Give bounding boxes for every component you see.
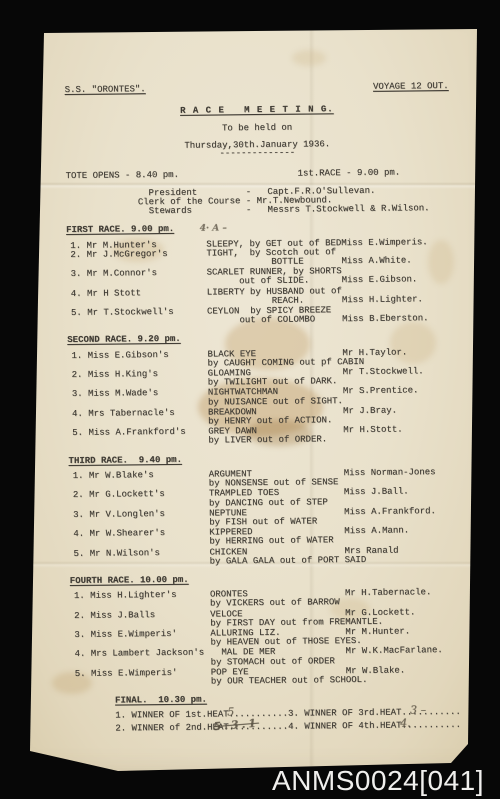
document-content: S.S. "ORONTES". VOYAGE 12 OUT. R A C E M… [65, 82, 456, 737]
race-section-4: FOURTH RACE. 10.00 pm. 1. Miss H.Lighter… [70, 573, 455, 688]
race-heading: FIRST RACE. 9.00 pm. 4· A – [66, 222, 450, 235]
entry-jockey: Mr M.Hunter. [345, 627, 410, 637]
entry-owner: 2. Miss H.King's [72, 370, 159, 380]
entry-jockey: Mr S.Prentice. [343, 387, 419, 397]
race-heading-text: FIRST RACE. 9.00 pm. [66, 224, 174, 235]
race-entries: 1. Miss E.Gibson's BLACK EYEby CAUGHT CO… [67, 348, 452, 448]
final-item: 4. WINNER OF 4th.HEAT........... 4. [288, 720, 461, 731]
entry-pedigree: by GALA GALA out of PORT SAID [210, 555, 454, 567]
entry-jockey: Miss B.Eberston. [342, 314, 429, 324]
final-item-label: 2. WINNER of 2nd.HEAT........... [115, 721, 288, 733]
entry-owner: 1. Miss H.Lighter's [74, 591, 177, 601]
ship-name: S.S. "ORONTES". [65, 85, 146, 95]
race-heading: THIRD RACE. 9.40 pm. [68, 453, 452, 466]
tote-open-time: TOTE OPENS - 8.40 pm. [65, 170, 179, 181]
entry-owner: 3. Mr V.Longlen's [73, 510, 165, 520]
entry-jockey: Miss H.Lighter. [342, 295, 423, 305]
entry-owner: 2. Mr J.McGregor's [70, 250, 167, 260]
final-heading: FINAL. 10.30 pm. [115, 693, 455, 706]
pencil-annotation: 4· A – [199, 224, 226, 234]
entry-jockey: Mr W.Blake. [346, 666, 406, 676]
race-heading-text: FOURTH RACE. 10.00 pm. [70, 575, 189, 586]
entry-owner: 5. Miss A.Frankford's [72, 428, 186, 438]
entry-horse: POP EYEby OUR TEACHER out of SCHOOL. [211, 666, 455, 687]
entry-owner: 3. Miss E.Wimperis' [74, 630, 177, 640]
final-item-label: 3. WINNER OF 3rd.HEAT........... [288, 707, 461, 719]
entry-horse: CHICKENby GALA GALA out of PORT SAID [209, 545, 453, 566]
final-heading-text: FINAL. 10.30 pm. [115, 695, 207, 706]
stain [292, 50, 326, 66]
entry-owner: 4. Mr H Stott [71, 289, 141, 299]
entry-jockey: Miss Norman-Jones [344, 468, 436, 478]
entry-horse: TRAMPLED TOESby DANCING out of STEP [209, 487, 453, 508]
pencil-mark: 4. [400, 718, 411, 727]
entry-jockey: Mr H.Taylor. [342, 348, 407, 358]
pencil-mark: 3 – [410, 706, 426, 715]
race-entry: 5. Mr T.Stockwell's CEYLON by SPICY BREE… [67, 305, 451, 327]
entry-jockey: Miss A.Frankford. [344, 507, 436, 517]
entry-jockey: Mr J.Bray. [343, 406, 397, 416]
entry-owner: 4. Mrs Tabernacle's [72, 409, 175, 419]
entry-owner: 4. Mrs Lambert Jackson's [75, 649, 205, 660]
race-entry: 5. Miss A.Frankford's GREY DAWNby LIVER … [68, 425, 452, 447]
race-entry: 5. Mr N.Wilson's CHICKENby GALA GALA out… [69, 545, 453, 567]
race-heading: FOURTH RACE. 10.00 pm. [70, 573, 454, 586]
entry-jockey: Miss E.Gibson. [342, 276, 418, 286]
entry-horse: GREY DAWNby LIVER out of ORDER. [208, 425, 452, 446]
entry-horse: TIGHT, by Scotch out of BOTTLE [206, 247, 450, 268]
race-entries: 1. Mr W.Blake's ARGUMENTby NONSENSE out … [69, 468, 454, 568]
entry-jockey: Mr T.Stockwell. [343, 367, 424, 377]
archive-label: ANMS0024[041] [272, 765, 484, 797]
final-section: FINAL. 10.30 pm. 1. WINNER OF 1st.HEAT..… [115, 693, 455, 733]
entry-owner: 4. Mr W.Shearer's [73, 529, 165, 539]
officials-list: President - Capt.F.R.O'Sullevan. Clerk o… [138, 186, 450, 217]
entry-owner: 5. Mr T.Stockwell's [71, 308, 174, 318]
entry-owner: 2. Mr G.Lockett's [73, 490, 165, 500]
entry-horse: VELOCEby FIRST DAY out from FREMANTLE. [210, 608, 454, 629]
pencil-mark: 5.3.1 [213, 718, 259, 731]
entry-jockey: Mr H.Stott. [343, 426, 403, 436]
pencil-mark: 5 [227, 708, 234, 717]
entry-owner: 3. Miss M.Wade's [72, 390, 159, 400]
final-row: 2. WINNER of 2nd.HEAT........... 5.3.1 4… [115, 721, 455, 734]
entry-jockey: Mr G.Lockett. [345, 608, 415, 618]
final-item: 2. WINNER of 2nd.HEAT........... 5.3.1 [115, 722, 288, 733]
race-entries: 1. Mr M.Hunter's SLEEPY, by GET out of B… [66, 238, 451, 328]
race-section-3: THIRD RACE. 9.40 pm. 1. Mr W.Blake's ARG… [68, 453, 453, 568]
photo-backdrop: S.S. "ORONTES". VOYAGE 12 OUT. R A C E M… [0, 0, 500, 799]
entry-owner: 5. Miss E.Wimperis' [75, 669, 178, 679]
entry-jockey: Miss A.White. [341, 256, 411, 266]
final-item: 1. WINNER OF 1st.HEAT........... 5 [115, 710, 288, 721]
entry-pedigree: by LIVER out of ORDER. [208, 434, 452, 446]
meeting-title: R A C E M E E T I N G. [180, 104, 334, 116]
race-section-1: FIRST RACE. 9.00 pm. 4· A – 1. Mr M.Hunt… [66, 222, 451, 327]
final-item: 3. WINNER OF 3rd.HEAT........... 3 – [288, 708, 461, 719]
voyage-label: VOYAGE 12 OUT. [373, 82, 449, 92]
race-entry: 5. Miss E.Wimperis' POP EYEby OUR TEACHE… [71, 666, 455, 688]
race-entries: 1. Miss H.Lighter's ORONTESby VICKERS ou… [70, 588, 455, 688]
entry-owner: 2. Miss J.Balls [74, 611, 155, 621]
entry-jockey: Mr H.Tabernacle. [345, 588, 432, 598]
final-item-label: 1. WINNER OF 1st.HEAT........... [115, 709, 288, 721]
first-race-time: 1st.RACE - 9.00 pm. [297, 168, 400, 178]
masthead-row: S.S. "ORONTES". VOYAGE 12 OUT. [65, 82, 449, 95]
entry-jockey: Mrs Ranald [344, 546, 398, 556]
final-rows: 1. WINNER OF 1st.HEAT........... 5 3. WI… [115, 708, 455, 733]
entry-horse: KIPPEREDby HERRING out of WATER [209, 526, 453, 547]
race-heading-text: SECOND RACE. 9.20 pm. [67, 334, 181, 345]
entry-owner: 1. Mr W.Blake's [73, 471, 154, 481]
entry-jockey: Miss A.Mann. [344, 527, 409, 537]
race-heading-text: THIRD RACE. 9.40 pm. [68, 455, 182, 466]
official-stewards: Stewards - Messrs T.Stockwell & R.Wilson… [138, 204, 450, 216]
entry-owner: 1. Miss E.Gibson's [71, 351, 168, 361]
entry-jockey: Mr W.K.MacFarlane. [345, 646, 442, 656]
final-item-label: 4. WINNER OF 4th.HEAT........... [288, 719, 461, 731]
meeting-title-row: R A C E M E E T I N G. [65, 104, 449, 117]
entry-horse: BREAKDOWNby HENRY out of ACTION. [208, 406, 452, 427]
times-row: TOTE OPENS - 8.40 pm. 1st.RACE - 9.00 pm… [66, 168, 450, 182]
entry-owner: 3. Mr M.Connor's [71, 269, 158, 279]
race-section-2: SECOND RACE. 9.20 pm. 1. Miss E.Gibson's… [67, 332, 452, 447]
race-heading: SECOND RACE. 9.20 pm. [67, 332, 451, 345]
entry-pedigree: by OUR TEACHER out of SCHOOL. [211, 675, 455, 687]
entry-jockey: Miss J.Ball. [344, 488, 409, 498]
entry-owner: 5. Mr N.Wilson's [73, 549, 160, 559]
subtitle: To be held on [65, 122, 449, 135]
